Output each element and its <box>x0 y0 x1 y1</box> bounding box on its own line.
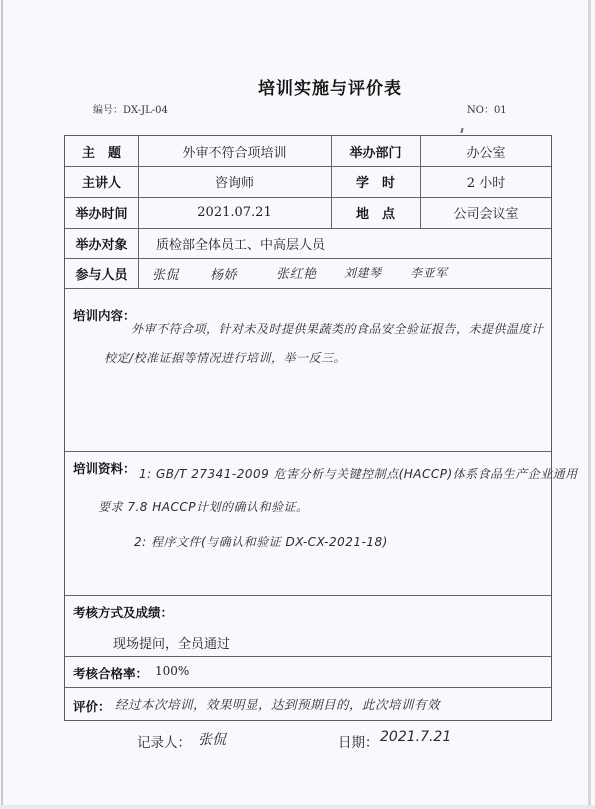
participants-label: 参与人员 <box>65 258 138 288</box>
training-materials-section: 培训资料： 1: GB/T 27341-2009 危害分析与关键控制点(HACC… <box>65 451 552 595</box>
department-label: 举办部门 <box>331 136 420 166</box>
location-value: 公司会议室 <box>420 197 552 228</box>
scan-edge-bottom <box>0 805 595 809</box>
topic-value: 外审不符合项培训 <box>138 136 331 166</box>
record-date: 2021.7.21 <box>380 729 451 745</box>
participant-signature: 杨娇 <box>210 264 237 283</box>
hours-value: 2 小时 <box>420 166 552 197</box>
date-label-footer: 日期： <box>338 731 379 751</box>
training-content-line: 外审不符合项，针对未及时提供果蔬类的食品安全验证报告，未提供温度计 <box>131 320 544 337</box>
participant-signature: 刘建琴 <box>344 264 382 281</box>
recorder-label: 记录人： <box>137 731 191 751</box>
department-value: 办公室 <box>420 136 552 166</box>
document-number: NO：01 <box>467 101 507 116</box>
hours-label: 学 时 <box>331 166 420 197</box>
participant-signature: 张红艳 <box>276 263 317 282</box>
training-materials-label: 培训资料： <box>73 459 136 477</box>
evaluation-section: 评价： 经过本次培训，效果明显，达到预期目的，此次培训有效 <box>65 687 552 721</box>
training-form-table: 主 题 外审不符合项培训 举办部门 办公室 主讲人 咨询师 学 时 2 小时 举… <box>64 135 552 721</box>
pen-mark <box>460 128 463 133</box>
date-label: 举办时间 <box>65 197 138 228</box>
assessment-section: 考核方式及成绩： 现场提问，全员通过 <box>65 595 552 656</box>
training-content-section: 培训内容： 外审不符合项，针对未及时提供果蔬类的食品安全验证报告，未提供温度计 … <box>65 288 552 451</box>
document-code: 编号：DX-JL-04 <box>93 101 168 116</box>
participant-signature: 张侃 <box>152 264 179 283</box>
participant-signature: 李亚军 <box>410 264 448 281</box>
document-title: 培训实施与评价表 <box>0 74 595 99</box>
pass-rate-value: 100% <box>155 664 189 678</box>
evaluation-label: 评价： <box>73 697 111 715</box>
training-materials-line: 1: GB/T 27341-2009 危害分析与关键控制点(HACCP)体系食品… <box>139 465 578 482</box>
training-materials-line: 2: 程序文件(与确认和验证 DX-CX-2021-18) <box>134 533 388 550</box>
scan-edge-left <box>1 0 3 809</box>
training-content-label: 培训内容： <box>73 306 136 324</box>
date-value: 2021.07.21 <box>138 197 331 228</box>
scan-edge-right <box>588 0 591 805</box>
training-materials-line: 要求 7.8 HACCP计划的确认和验证。 <box>98 498 308 515</box>
location-label: 地 点 <box>331 197 420 228</box>
training-content-line: 校定/校准证据等情况进行培训，举一反三。 <box>104 349 346 366</box>
recorder-signature: 张侃 <box>198 729 226 749</box>
assessment-value: 现场提问，全员通过 <box>113 633 230 652</box>
evaluation-value: 经过本次培训，效果明显，达到预期目的，此次培训有效 <box>115 695 440 713</box>
assessment-label: 考核方式及成绩： <box>73 603 173 621</box>
lecturer-value: 咨询师 <box>138 166 331 197</box>
pass-rate-section: 考核合格率： 100% <box>65 656 552 687</box>
pass-rate-label: 考核合格率： <box>73 664 148 682</box>
lecturer-label: 主讲人 <box>65 166 138 197</box>
participants-signatures: 张侃 杨娇 张红艳 刘建琴 李亚军 <box>138 258 552 288</box>
audience-value: 质检部全体员工、中高层人员 <box>138 228 552 258</box>
audience-label: 举办对象 <box>65 228 138 258</box>
topic-label: 主 题 <box>65 136 138 166</box>
